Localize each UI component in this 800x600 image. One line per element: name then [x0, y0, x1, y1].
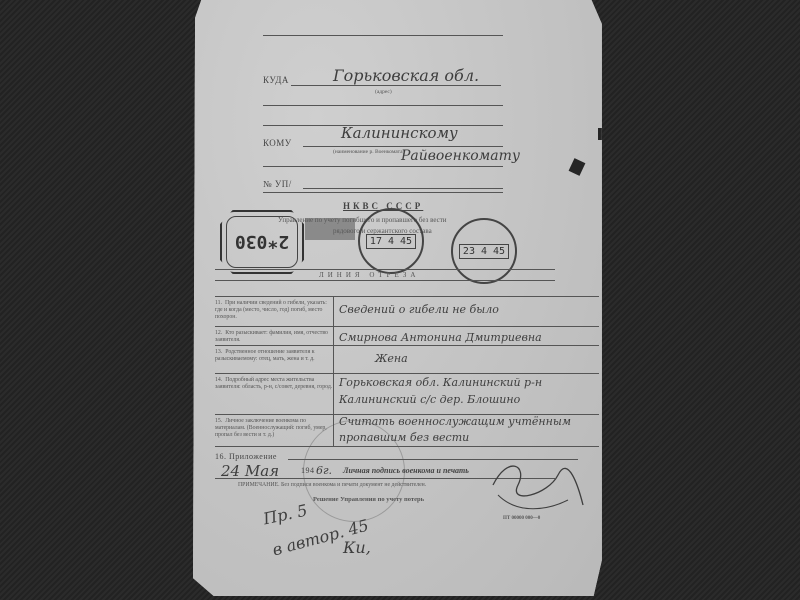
up-label: № УП/ — [263, 179, 292, 189]
komu-value-line1: Калининскому — [341, 124, 458, 142]
address-rule — [263, 105, 503, 106]
postmark-date-right: 23 4 45 — [459, 244, 509, 259]
document-paper: КУДА Горьковская обл. (адрес) КОМУ Калин… — [193, 0, 606, 596]
row-value: Сведений о гибели не было — [339, 303, 499, 316]
row-value: Смирнова Антонина Дмитриевна — [339, 331, 542, 344]
margin-note-line1: Пр. 5 — [262, 501, 310, 529]
paper-tear — [569, 158, 586, 176]
note-text: ПРИМЕЧАНИЕ. Без подписи военкома и печат… — [238, 482, 426, 488]
decision-text: Решение Управления по учету потерь — [313, 496, 424, 503]
cut-rule-bottom — [215, 280, 555, 281]
up-rule — [303, 188, 503, 189]
paper-tear — [598, 128, 606, 140]
row-value-2: Калининский с/с дер. Блошино — [339, 393, 520, 406]
table-row: 15.Личное заключение военкома по материа… — [215, 414, 599, 447]
top-rule — [263, 35, 503, 36]
table-row: 13.Родственное отношение заявителя к раз… — [215, 345, 599, 372]
komu-value-line2: Райвоенкомату — [401, 148, 520, 164]
table-bottom-rule — [215, 446, 599, 447]
cut-line-label: ЛИНИЯ ОТРЕЗА — [319, 271, 419, 279]
octagonal-stamp: 2*030 — [220, 210, 304, 274]
up-rule-2 — [263, 192, 503, 193]
print-code: ПТ 00000 000—0 — [503, 516, 540, 521]
row-value: Горьковская обл. Калининский р-н — [339, 376, 542, 389]
komu-label: КОМУ — [263, 138, 292, 148]
margin-note-line3: Ки, — [343, 538, 371, 557]
cut-rule-top — [215, 269, 555, 270]
postmark-date-left: 17 4 45 — [366, 234, 416, 249]
smudged-stamp — [305, 218, 355, 240]
row-label: 14.Подробный адрес места жительства заяв… — [215, 377, 333, 391]
kuda-label: КУДА — [263, 75, 289, 85]
table-row: 12.Кто разыскивает: фамилия, имя, отчест… — [215, 326, 599, 344]
year-prefix: 194 — [301, 466, 315, 475]
row-value: Жена — [375, 352, 408, 365]
table-row: 14.Подробный адрес места жительства заяв… — [215, 373, 599, 412]
komu-rule-2 — [263, 166, 503, 167]
row-label: 11.При наличии сведений о гибели, указат… — [215, 300, 333, 321]
signature-label: Личная подпись военкома и печать — [343, 466, 469, 475]
round-postmark-right: 23 4 45 — [451, 218, 517, 284]
round-postmark-left: 17 4 45 — [358, 208, 424, 274]
kuda-rule — [291, 85, 501, 86]
komu-caption: (наименование р. Военкомата) — [333, 149, 404, 155]
row-label: 13.Родственное отношение заявителя к раз… — [215, 349, 333, 363]
komu-rule — [303, 146, 503, 147]
octagonal-stamp-text: 2*030 — [235, 232, 289, 253]
row-label: 12.Кто разыскивает: фамилия, имя, отчест… — [215, 330, 333, 344]
signature-scribble — [488, 455, 588, 515]
kuda-value: Горьковская обл. — [333, 66, 479, 85]
prilozhenie-label: 16. Приложение — [215, 452, 277, 461]
table-row: 11.При наличии сведений о гибели, указат… — [215, 296, 599, 323]
year-handwritten: 6г. — [316, 464, 332, 477]
adres-caption: (адрес) — [375, 89, 392, 95]
